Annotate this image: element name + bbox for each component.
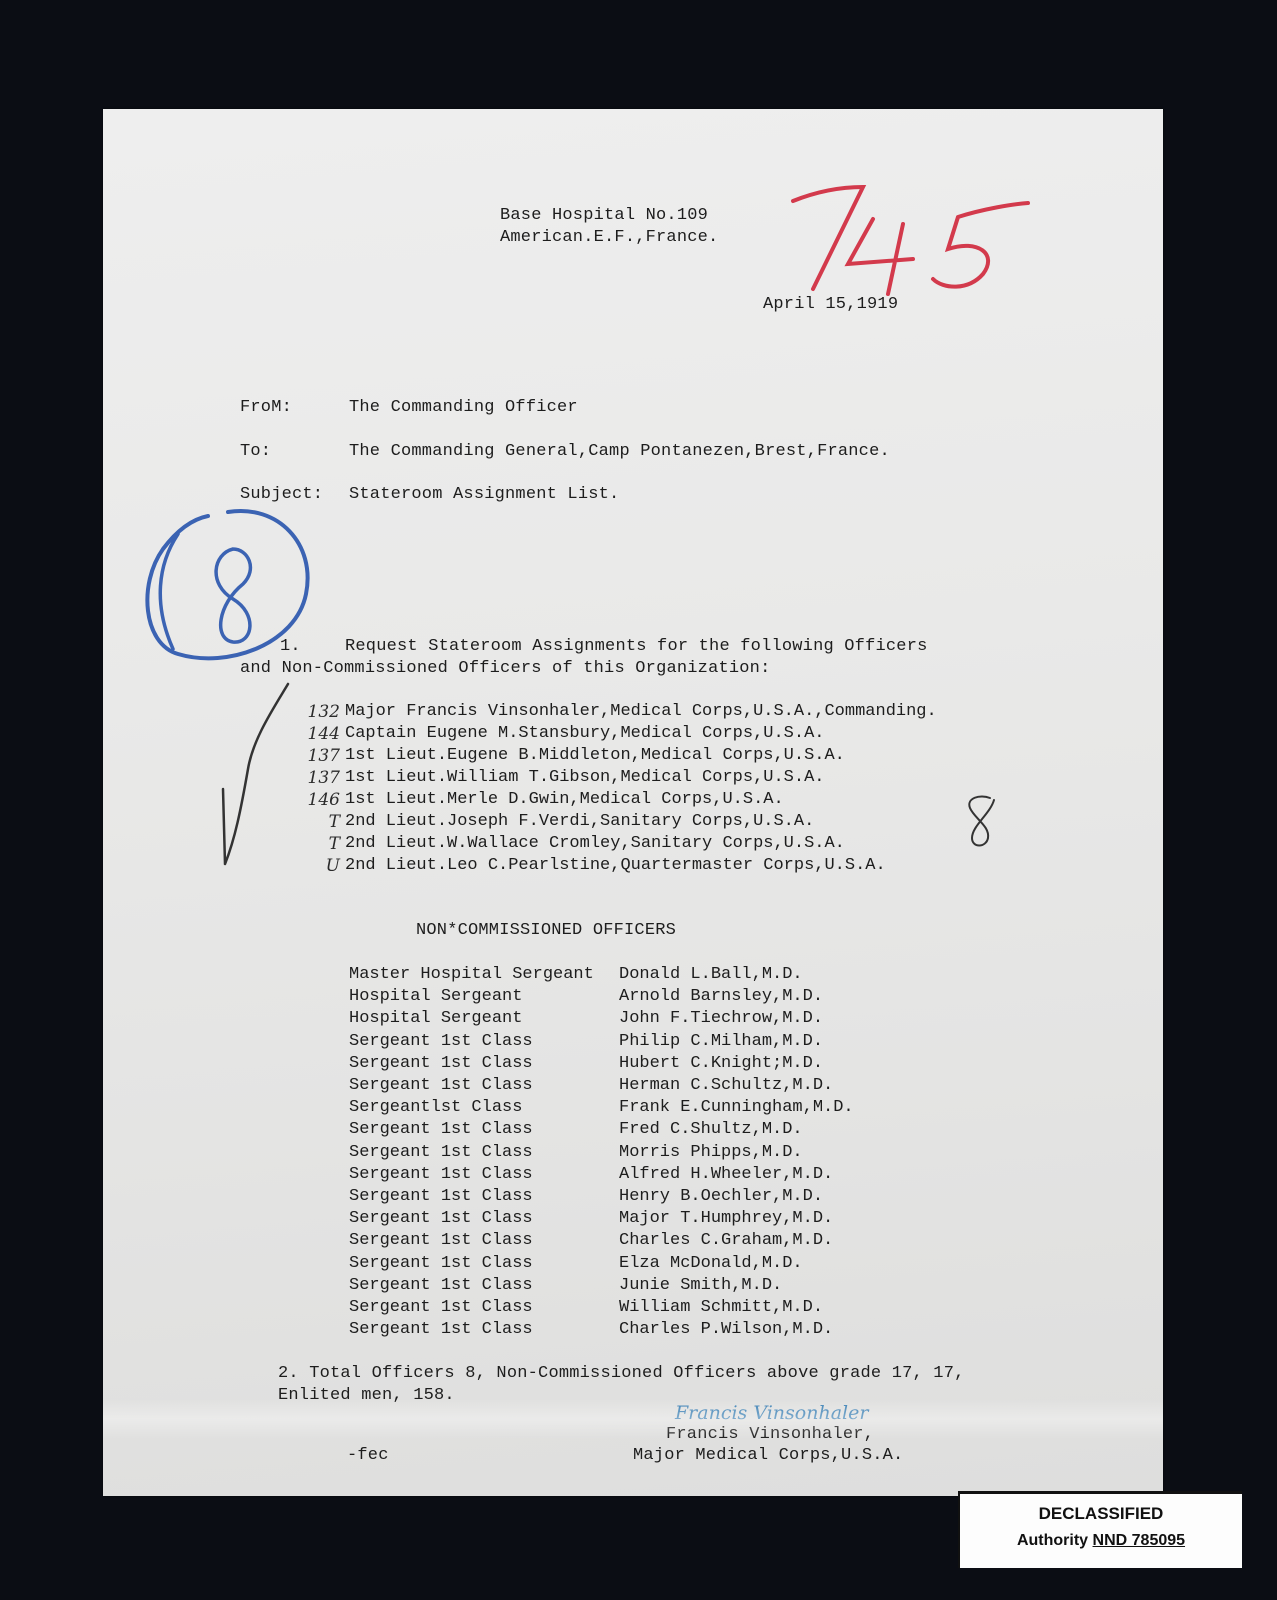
nco-name: Charles P.Wilson,M.D. <box>619 1319 833 1341</box>
nco-name: Arnold Barnsley,M.D. <box>619 986 823 1008</box>
paragraph1-line2: and Non-Commissioned Officers of this Or… <box>240 658 771 680</box>
signature-name: Francis Vinsonhaler, <box>666 1424 874 1446</box>
nco-name: Philip C.Milham,M.D. <box>619 1031 823 1053</box>
declassified-label: DECLASSIFIED <box>960 1504 1242 1524</box>
nco-name: Major T.Humphrey,M.D. <box>619 1208 833 1230</box>
nco-rank: Master Hospital Sergeant <box>349 964 594 986</box>
to-label: To: <box>240 441 271 463</box>
nco-rank: Sergeant 1st Class <box>349 1075 533 1097</box>
nco-rank: Sergeant 1st Class <box>349 1230 533 1252</box>
nco-rank: Sergeantlst Class <box>349 1097 522 1119</box>
nco-rank: Sergeant 1st Class <box>349 1297 533 1319</box>
nco-name: Junie Smith,M.D. <box>619 1275 782 1297</box>
officer-handwritten-mark: 144 <box>290 723 340 745</box>
from-value: The Commanding Officer <box>349 397 578 419</box>
nco-rank: Sergeant 1st Class <box>349 1186 533 1208</box>
nco-name: Morris Phipps,M.D. <box>619 1142 803 1164</box>
nco-rank: Sergeant 1st Class <box>349 1142 533 1164</box>
nco-rank: Hospital Sergeant <box>349 1008 522 1030</box>
officers-list: 132 Major Francis Vinsonhaler,Medical Co… <box>290 701 990 881</box>
nco-name: Donald L.Ball,M.D. <box>619 964 803 986</box>
officer-text: 1st Lieut.William T.Gibson,Medical Corps… <box>345 767 824 789</box>
typist-initials: -fec <box>347 1445 389 1467</box>
paragraph1-number: 1. <box>280 636 301 658</box>
nco-name: Elza McDonald,M.D. <box>619 1253 803 1275</box>
officer-handwritten-mark: 137 <box>290 767 340 789</box>
nco-rank: Sergeant 1st Class <box>349 1031 533 1053</box>
officer-text: 1st Lieut.Eugene B.Middleton,Medical Cor… <box>345 745 845 767</box>
officer-text: 2nd Lieut.Leo C.Pearlstine,Quartermaster… <box>345 855 886 877</box>
from-label: FroM: <box>240 397 292 419</box>
paragraph1-line1: Request Stateroom Assignments for the fo… <box>345 636 928 658</box>
nco-name: Henry B.Oechler,M.D. <box>619 1186 823 1208</box>
nco-rank: Hospital Sergeant <box>349 986 522 1008</box>
letterhead-line2: American.E.F.,France. <box>500 227 718 249</box>
officer-handwritten-mark: 146 <box>290 789 340 811</box>
subject-value: Stateroom Assignment List. <box>349 484 619 506</box>
nco-list: Master Hospital SergeantDonald L.Ball,M.… <box>349 964 999 1344</box>
nco-name: William Schmitt,M.D. <box>619 1297 823 1319</box>
nco-rank: Sergeant 1st Class <box>349 1208 533 1230</box>
side-count-annotation <box>960 792 1000 852</box>
handwritten-signature: Francis Vinsonhaler <box>675 1402 868 1424</box>
authority-code: NND 785095 <box>1093 1532 1186 1549</box>
document-page: Base Hospital No.109 American.E.F.,Franc… <box>103 109 1163 1496</box>
officer-handwritten-mark: U <box>290 855 340 877</box>
subject-label: Subject: <box>240 484 323 506</box>
nco-rank: Sergeant 1st Class <box>349 1253 533 1275</box>
officer-text: Captain Eugene M.Stansbury,Medical Corps… <box>345 723 824 745</box>
handwritten-bracket-mark <box>213 679 293 879</box>
nco-name: Frank E.Cunningham,M.D. <box>619 1097 854 1119</box>
letterhead-line1: Base Hospital No.109 <box>500 205 708 227</box>
officer-handwritten-mark: 132 <box>290 701 340 723</box>
nco-name: Alfred H.Wheeler,M.D. <box>619 1164 833 1186</box>
nco-name: Herman C.Schultz,M.D. <box>619 1075 833 1097</box>
nco-name: Hubert C.Knight;M.D. <box>619 1053 823 1075</box>
nco-name: Fred C.Shultz,M.D. <box>619 1119 803 1141</box>
nco-name: Charles C.Graham,M.D. <box>619 1230 833 1252</box>
red-file-number-annotation <box>783 179 1043 299</box>
declassified-stamp: DECLASSIFIED Authority NND 785095 <box>958 1491 1242 1568</box>
officer-handwritten-mark: T <box>290 811 340 833</box>
officer-text: 1st Lieut.Merle D.Gwin,Medical Corps,U.S… <box>345 789 784 811</box>
officer-handwritten-mark: T <box>290 833 340 855</box>
authority-prefix: Authority <box>1017 1532 1088 1549</box>
authority-line: Authority NND 785095 <box>960 1532 1242 1550</box>
officer-text: 2nd Lieut.Joseph F.Verdi,Sanitary Corps,… <box>345 811 814 833</box>
nco-rank: Sergeant 1st Class <box>349 1053 533 1075</box>
nco-rank: Sergeant 1st Class <box>349 1275 533 1297</box>
officer-text: Major Francis Vinsonhaler,Medical Corps,… <box>345 701 937 723</box>
nco-rank: Sergeant 1st Class <box>349 1119 533 1141</box>
officer-handwritten-mark: 137 <box>290 745 340 767</box>
nco-rank: Sergeant 1st Class <box>349 1164 533 1186</box>
to-value: The Commanding General,Camp Pontanezen,B… <box>349 441 890 463</box>
paragraph2-line2: Enlited men, 158. <box>278 1385 455 1407</box>
signature-title: Major Medical Corps,U.S.A. <box>633 1445 903 1467</box>
nco-name: John F.Tiechrow,M.D. <box>619 1008 823 1030</box>
nco-rank: Sergeant 1st Class <box>349 1319 533 1341</box>
officer-text: 2nd Lieut.W.Wallace Cromley,Sanitary Cor… <box>345 833 845 855</box>
nco-heading: NON*COMMISSIONED OFFICERS <box>416 920 676 942</box>
paragraph2-line1: 2. Total Officers 8, Non-Commissioned Of… <box>278 1363 965 1385</box>
